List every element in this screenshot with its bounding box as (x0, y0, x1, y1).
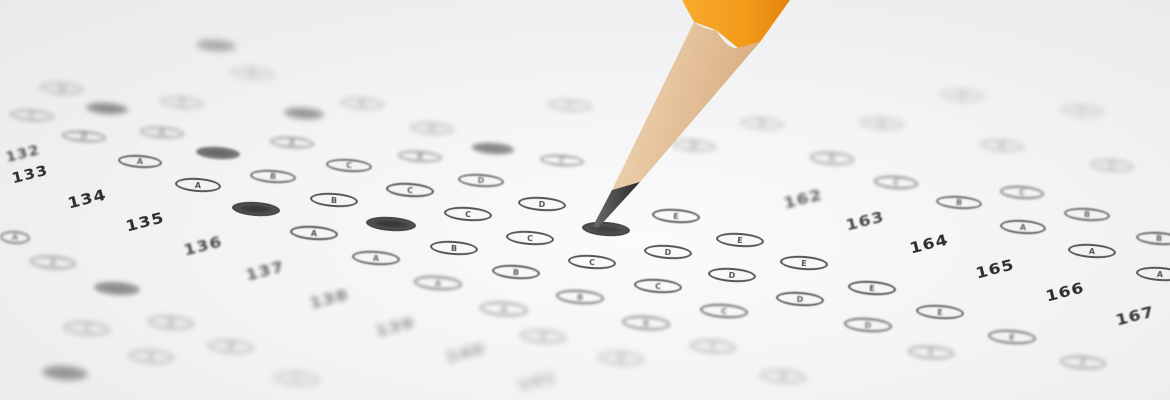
answer-bubble: A (175, 176, 222, 193)
answer-bubble: B (208, 338, 255, 354)
answer-bubble: C (1090, 158, 1135, 172)
answer-bubble: C (1000, 184, 1045, 200)
answer-bubble: C (700, 302, 749, 319)
answer-bubble: A (1068, 242, 1117, 259)
answer-bubble: C (548, 98, 593, 112)
answer-bubble: A (520, 328, 567, 344)
answer-bubble: D (760, 368, 807, 384)
answer-bubble: B (556, 288, 605, 305)
answer-bubble: B (598, 350, 645, 366)
answer-bubble: C (386, 181, 435, 198)
answer-bubble: A (352, 249, 401, 266)
answer-bubble: A (1000, 218, 1047, 235)
filled-answer-bubble: B (86, 102, 129, 116)
question-number: 138 (308, 285, 351, 312)
answer-bubble: E (716, 231, 765, 248)
answer-bubble: B (1064, 206, 1111, 222)
pencil-body (682, 0, 790, 48)
answer-bubble: D (518, 195, 567, 212)
answer-bubble: D (148, 314, 195, 330)
answer-bubble: C (874, 174, 919, 190)
answer-bubble: B (310, 191, 359, 208)
answer-bubble: A (118, 153, 163, 169)
answer-bubble: A (414, 274, 463, 291)
question-number: 139 (374, 313, 417, 340)
question-number: 134 (66, 185, 109, 212)
filled-answer-bubble: B (196, 145, 241, 160)
answer-bubble: D (776, 290, 825, 307)
answer-bubble: B (936, 194, 983, 210)
answer-bubble: A (860, 116, 905, 130)
question-number: 163 (844, 207, 887, 234)
question-number: 162 (782, 185, 825, 212)
filled-answer-bubble: E (472, 142, 515, 156)
answer-bubble: D (62, 129, 107, 143)
question-number: 133 (10, 163, 50, 187)
pencil-wood (612, 22, 760, 190)
filled-answer-bubble: A (232, 200, 281, 217)
answer-bubble: A (40, 81, 85, 95)
question-number: 141 (516, 367, 559, 394)
question-number: 132 (4, 143, 41, 166)
answer-bubble: B (492, 263, 541, 280)
answer-bubble: D (810, 150, 855, 166)
answer-bubble: A (290, 224, 339, 241)
answer-bubble: A (30, 254, 77, 270)
answer-bubble: C (444, 205, 493, 222)
answer-bubble: D (458, 172, 505, 188)
answer-bubble: A (1136, 265, 1170, 282)
question-number: 166 (1044, 278, 1087, 305)
answer-bubble: B (980, 138, 1025, 152)
question-number: 164 (908, 230, 951, 257)
answer-sheet-photo: AAAAAAABBBBBBBCCCCCCCDDDDDDDEEEEEEAAABBB… (0, 0, 1170, 400)
filled-answer-bubble: B (94, 280, 141, 296)
answer-bubble: D (844, 316, 893, 333)
answer-bubble: C (690, 338, 737, 354)
answer-bubble: A (410, 121, 455, 135)
answer-bubble: B (398, 149, 443, 163)
filled-answer-bubble: D (284, 107, 325, 121)
question-number: 137 (244, 257, 287, 284)
answer-bubble: A (480, 300, 529, 317)
answer-bubble: A (128, 348, 175, 364)
filled-answer-bubble: B (366, 215, 417, 232)
answer-bubble: D (708, 266, 757, 283)
question-number: 135 (124, 208, 167, 235)
filled-answer-bubble: D (42, 364, 89, 381)
answer-bubble: E (916, 303, 965, 320)
answer-bubble: E (652, 207, 701, 224)
answer-bubble: E (1060, 103, 1105, 117)
answer-bubble: C (568, 253, 617, 270)
question-number: 136 (182, 232, 225, 259)
answer-bubble: E (848, 279, 897, 296)
answer-bubble: B (250, 168, 297, 184)
answer-bubble: D (340, 96, 385, 110)
answer-bubble: C (540, 153, 585, 167)
filled-answer-bubble: D (582, 220, 631, 237)
answer-bubble: D (940, 88, 985, 102)
answer-bubble: A (270, 135, 315, 149)
question-number: 167 (1114, 302, 1157, 329)
question-number: 140 (444, 339, 487, 366)
answer-bubble: C (10, 108, 55, 122)
answer-bubble: B (622, 314, 671, 331)
answer-bubble: E (780, 254, 829, 271)
answer-bubble: E (1060, 354, 1107, 370)
answer-bubble: B (1136, 230, 1170, 246)
answer-bubble: A (140, 125, 185, 139)
filled-answer-bubble: C (196, 39, 237, 53)
answer-bubble: C (506, 229, 555, 246)
answer-bubble: B (430, 239, 479, 256)
answer-bubble: B (230, 66, 275, 80)
answer-bubble: E (908, 344, 955, 360)
answer-bubble: C (326, 157, 373, 173)
answer-bubble: D (644, 243, 693, 260)
answer-bubble: E (740, 116, 785, 130)
answer-bubble: D (672, 138, 717, 152)
answer-bubble: C (274, 370, 321, 386)
question-number: 165 (974, 255, 1017, 282)
answer-bubble: A (0, 230, 30, 245)
answer-bubble: E (988, 328, 1037, 345)
answer-bubble: C (634, 277, 683, 294)
answer-bubble: E (160, 95, 205, 109)
answer-bubble: C (64, 320, 111, 336)
